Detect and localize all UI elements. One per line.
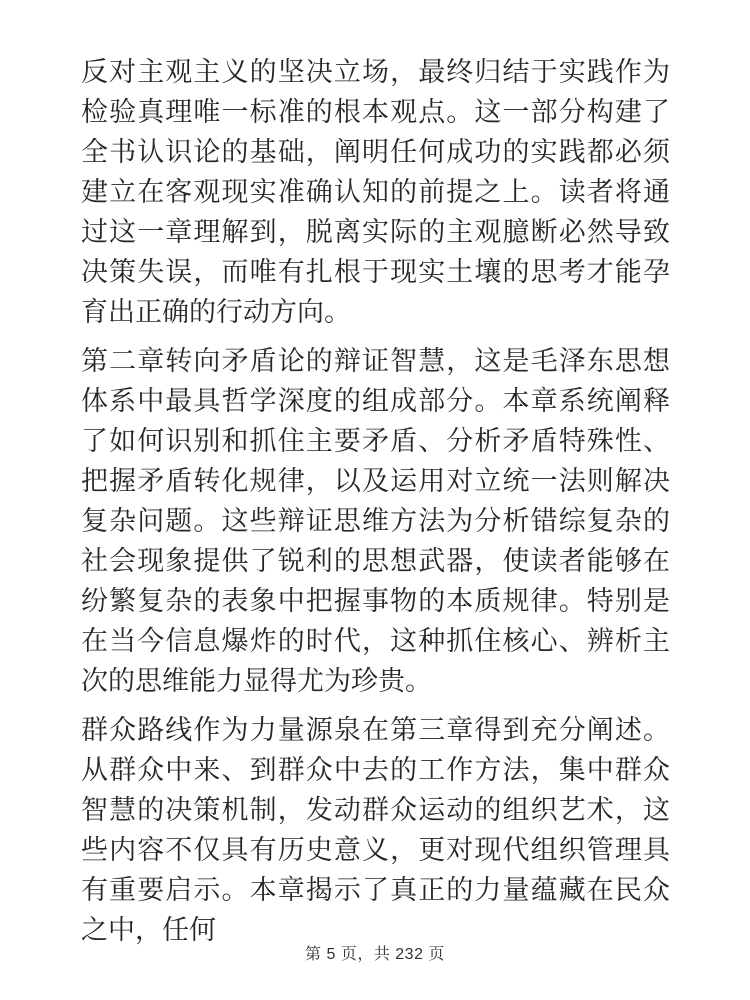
paragraph: 群众路线作为力量源泉在第三章得到充分阐述。从群众中来、到群众中去的工作方法，集中… [81, 710, 670, 950]
document-page: 反对主观主义的坚决立场，最终归结于实践作为检验真理唯一标准的根本观点。这一部分构… [0, 0, 750, 1000]
paragraph: 反对主观主义的坚决立场，最终归结于实践作为检验真理唯一标准的根本观点。这一部分构… [81, 52, 670, 332]
paragraph: 第二章转向矛盾论的辩证智慧，这是毛泽东思想体系中最具哲学深度的组成部分。本章系统… [81, 341, 670, 701]
page-indicator: 第 5 页，共 232 页 [0, 946, 750, 964]
page-body-text: 反对主观主义的坚决立场，最终归结于实践作为检验真理唯一标准的根本观点。这一部分构… [0, 0, 750, 950]
